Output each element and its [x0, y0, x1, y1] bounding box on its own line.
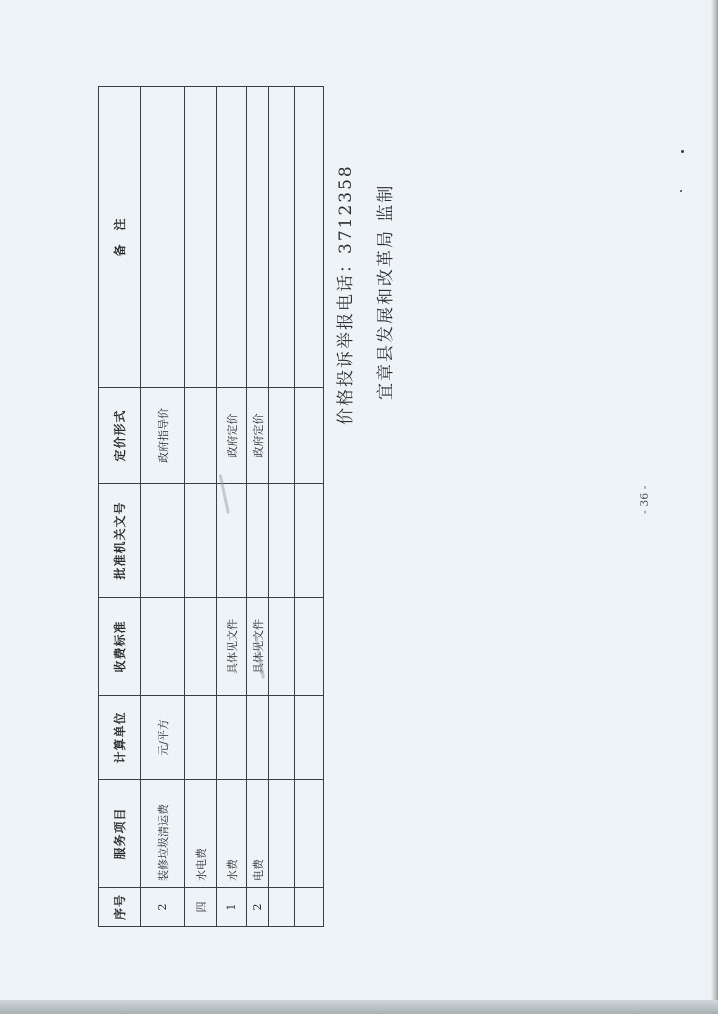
table-row-empty	[269, 86, 295, 926]
cell-service-item: 电费	[247, 779, 269, 887]
table-section-row: 四 水电费	[185, 86, 217, 926]
table-row-empty	[295, 86, 324, 926]
complaint-hotline: 价格投诉举报电话：3712358	[331, 164, 356, 425]
cell-note	[269, 86, 295, 387]
cell-pricing-form	[269, 387, 295, 483]
cell-standard	[295, 597, 324, 695]
cell-pricing-form: 政府指导价	[141, 387, 185, 483]
cell-note	[247, 86, 269, 387]
cell-note	[217, 86, 247, 387]
header-pricing-form: 定价形式	[99, 387, 141, 483]
cell-standard	[185, 597, 217, 695]
cell-seq: 1	[217, 887, 247, 926]
cell-approval-doc	[217, 483, 247, 597]
cell-note	[295, 86, 324, 387]
cell-service-item: 装修垃圾清运费	[141, 779, 185, 887]
rotated-page: 序号 服务项目 计算单位 收费标准 批准机关文号 定价形式 备 注 2 装修垃圾…	[0, 0, 718, 1014]
cell-service-item	[269, 779, 295, 887]
cell-note	[185, 86, 217, 387]
table-row: 2 电费 具体见文件 政府定价	[247, 86, 269, 926]
cell-unit	[295, 695, 324, 779]
header-service-item: 服务项目	[99, 779, 141, 887]
cell-seq: 四	[185, 887, 217, 926]
cell-unit	[247, 695, 269, 779]
header-note: 备 注	[99, 86, 141, 387]
cell-unit	[269, 695, 295, 779]
cell-seq	[269, 887, 295, 926]
cell-service-item	[295, 779, 324, 887]
header-seq: 序号	[99, 887, 141, 926]
header-approval-doc: 批准机关文号	[99, 483, 141, 597]
page-number: - 36 -	[638, 486, 651, 514]
cell-approval-doc	[185, 483, 217, 597]
header-unit: 计算单位	[99, 695, 141, 779]
cell-pricing-form: 政府定价	[247, 387, 269, 483]
cell-seq	[295, 887, 324, 926]
cell-pricing-form	[185, 387, 217, 483]
cell-unit	[217, 695, 247, 779]
table-row: 1 水费 具体见文件 政府定价	[217, 86, 247, 926]
cell-unit: 元/平方	[141, 695, 185, 779]
cell-standard: 具体见文件	[217, 597, 247, 695]
issuing-authority: 宜章县发展和改革局 监制	[371, 184, 396, 400]
cell-pricing-form	[295, 387, 324, 483]
header-standard: 收费标准	[99, 597, 141, 695]
cell-approval-doc	[247, 483, 269, 597]
cell-unit	[185, 695, 217, 779]
cell-approval-doc	[269, 483, 295, 597]
cell-service-item: 水电费	[185, 779, 217, 887]
cell-seq: 2	[247, 887, 269, 926]
table-header-row: 序号 服务项目 计算单位 收费标准 批准机关文号 定价形式 备 注	[99, 86, 141, 926]
cell-pricing-form: 政府定价	[217, 387, 247, 483]
fee-table: 序号 服务项目 计算单位 收费标准 批准机关文号 定价形式 备 注 2 装修垃圾…	[98, 86, 324, 927]
table-row: 2 装修垃圾清运费 元/平方 政府指导价	[141, 86, 185, 926]
cell-service-item: 水费	[217, 779, 247, 887]
cell-standard	[141, 597, 185, 695]
cell-approval-doc	[141, 483, 185, 597]
cell-note	[141, 86, 185, 387]
cell-seq: 2	[141, 887, 185, 926]
cell-standard	[269, 597, 295, 695]
cell-approval-doc	[295, 483, 324, 597]
